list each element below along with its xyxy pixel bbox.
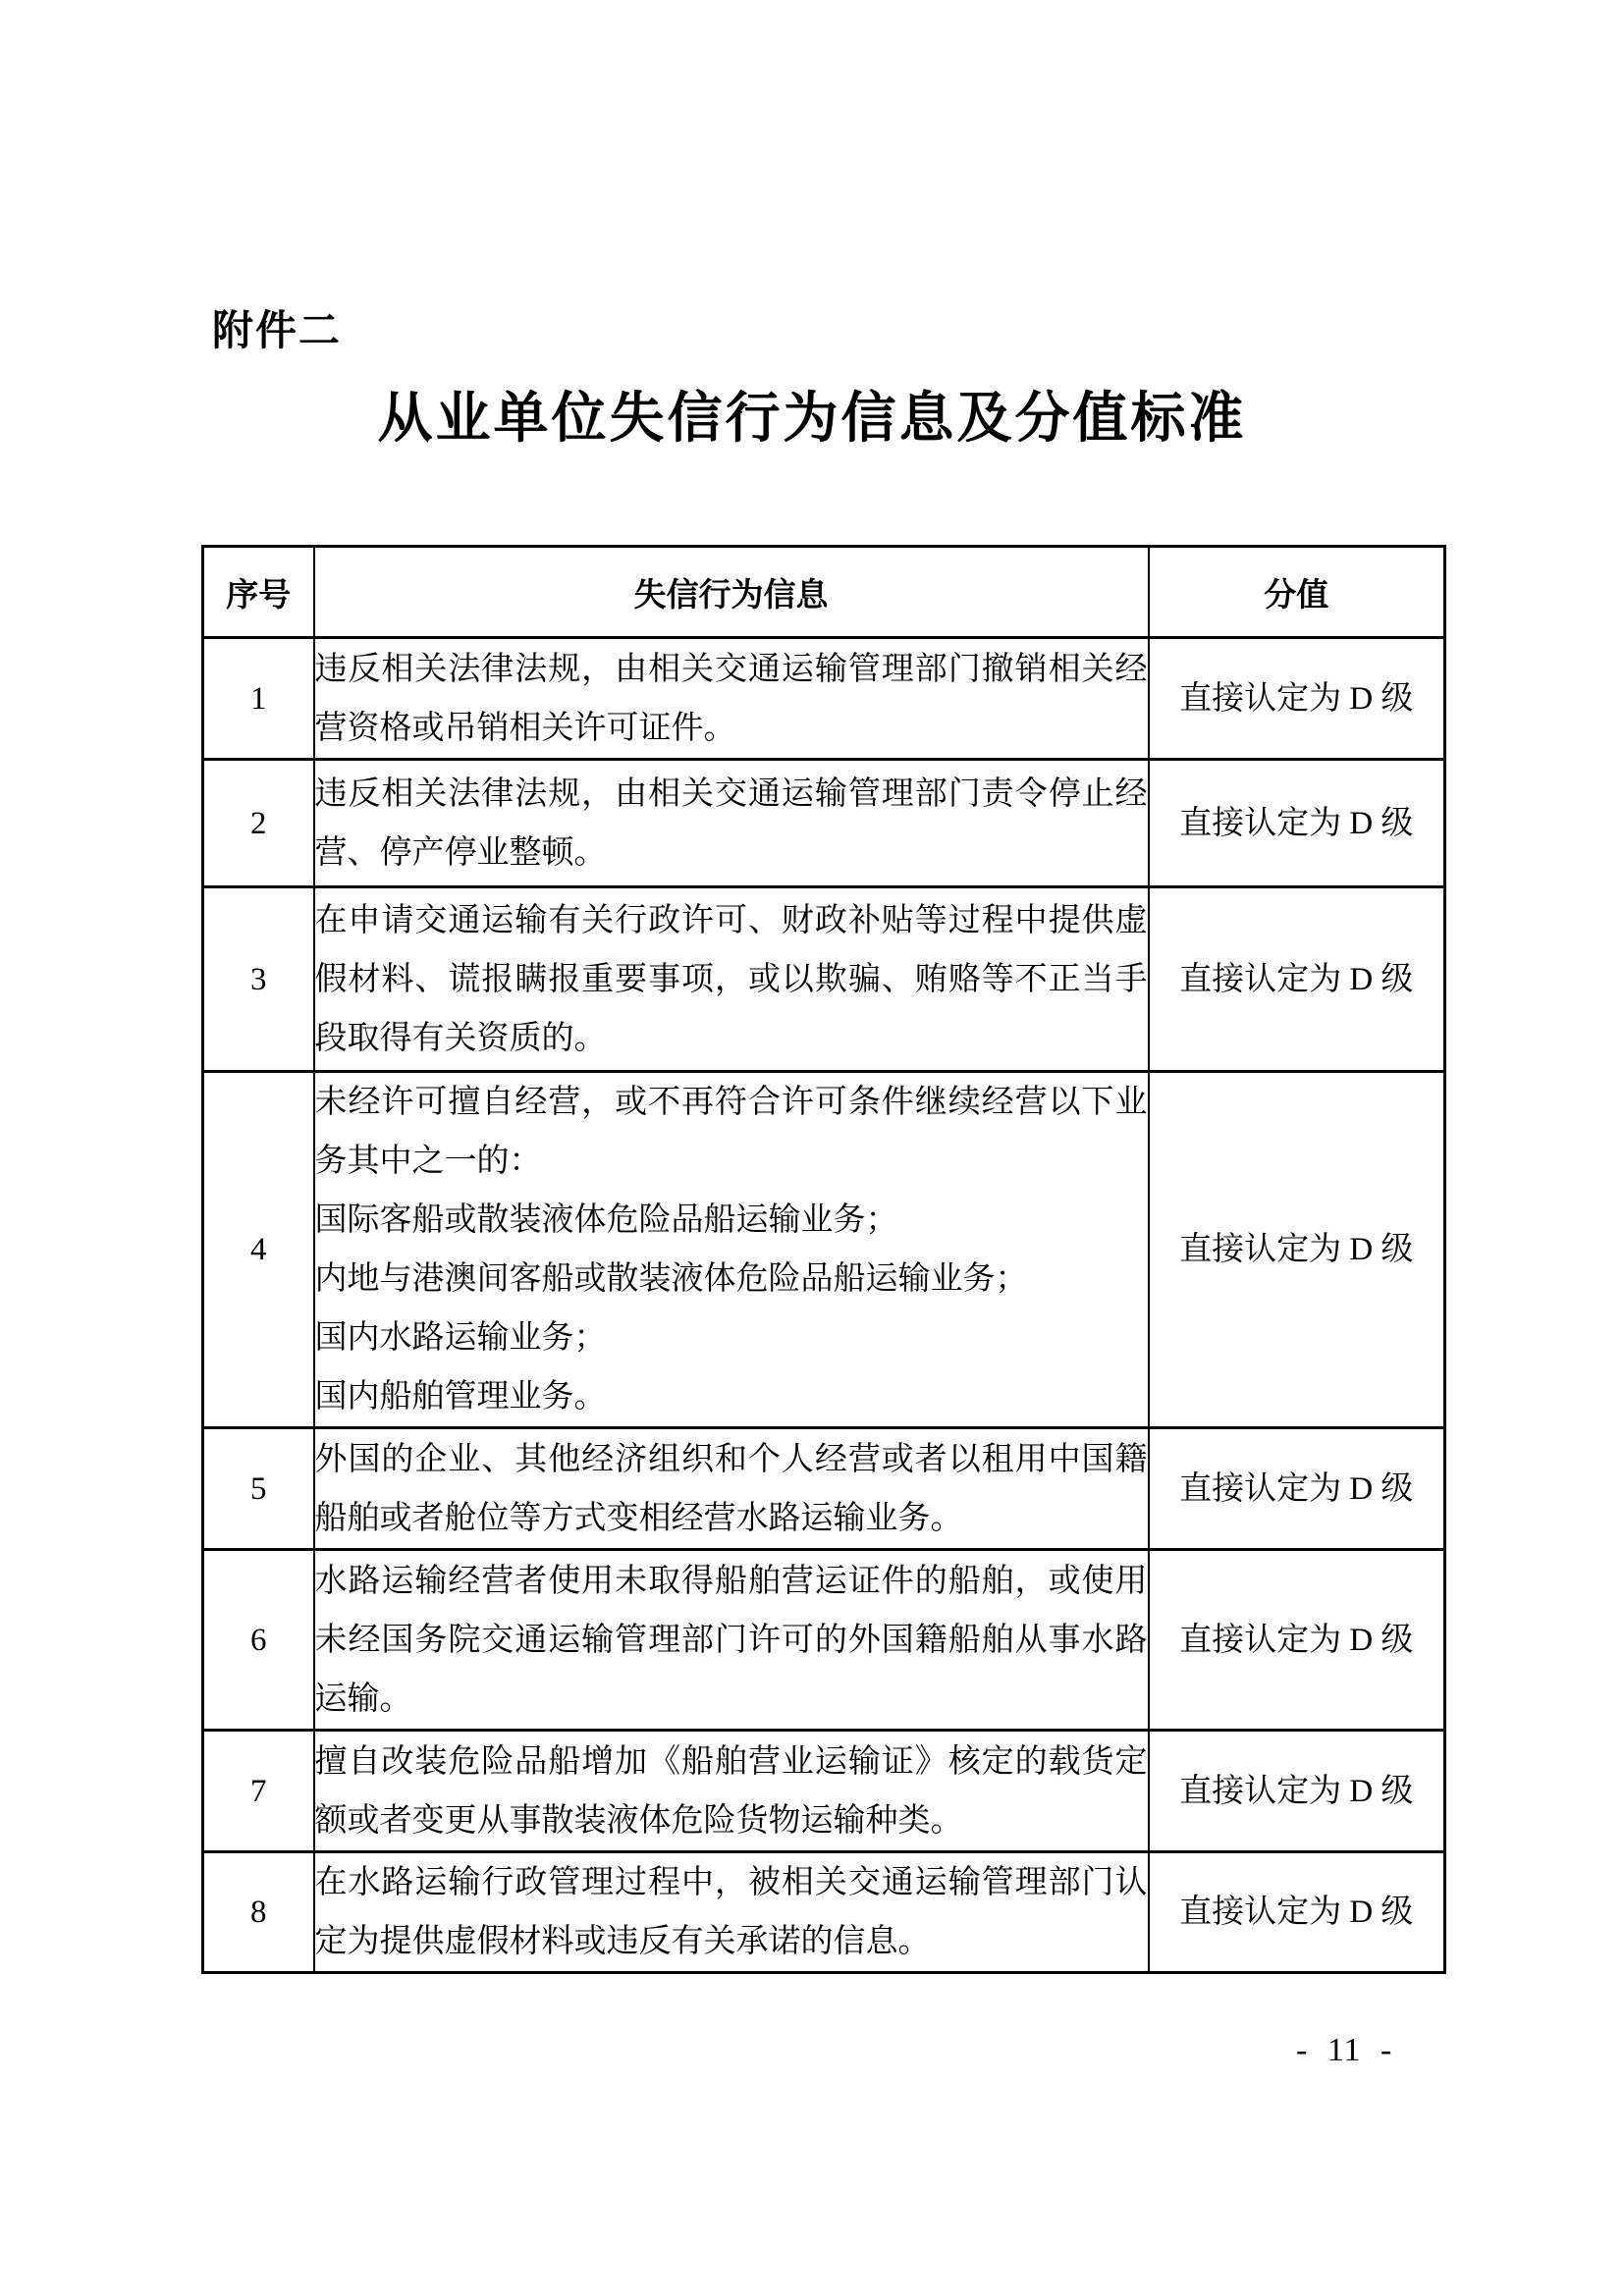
attachment-label: 附件二 [212,308,342,355]
table-body: 1违反相关法律法规，由相关交通运输管理部门撤销相关经营资格或吊销相关许可证件。直… [203,638,1445,1973]
serial-number-cell: 7 [203,1731,314,1852]
header-serial-number: 序号 [203,547,314,638]
behavior-info-cell: 擅自改装危险品船增加《船舶营业运输证》核定的载货定额或者变更从事散装液体危险货物… [314,1731,1149,1852]
page-title: 从业单位失信行为信息及分值标准 [0,387,1624,453]
behavior-info-cell: 在申请交通运输有关行政许可、财政补贴等过程中提供虚假材料、谎报瞒报重要事项，或以… [314,887,1149,1072]
behavior-info-cell: 水路运输经营者使用未取得船舶营运证件的船舶，或使用未经国务院交通运输管理部门许可… [314,1550,1149,1731]
table-header: 序号 失信行为信息 分值 [203,547,1445,638]
score-cell: 直接认定为 D 级 [1149,1072,1445,1428]
table-row: 3在申请交通运输有关行政许可、财政补贴等过程中提供虚假材料、谎报瞒报重要事项，或… [203,887,1445,1072]
score-cell: 直接认定为 D 级 [1149,1731,1445,1852]
table-row: 8在水路运输行政管理过程中，被相关交通运输管理部门认定为提供虚假材料或违反有关承… [203,1852,1445,1973]
discredit-behavior-table: 序号 失信行为信息 分值 1违反相关法律法规，由相关交通运输管理部门撤销相关经营… [201,545,1446,1974]
header-score: 分值 [1149,547,1445,638]
document-page: 附件二 从业单位失信行为信息及分值标准 序号 失信行为信息 分值 1违反相关法律… [0,0,1624,2296]
table-row: 1违反相关法律法规，由相关交通运输管理部门撤销相关经营资格或吊销相关许可证件。直… [203,638,1445,760]
table-row: 6水路运输经营者使用未取得船舶营运证件的船舶，或使用未经国务院交通运输管理部门许… [203,1550,1445,1731]
page-number: - 11 - [1296,2032,1392,2069]
serial-number-cell: 4 [203,1072,314,1428]
table-row: 7擅自改装危险品船增加《船舶营业运输证》核定的载货定额或者变更从事散装液体危险货… [203,1731,1445,1852]
score-cell: 直接认定为 D 级 [1149,1428,1445,1550]
behavior-info-cell: 在水路运输行政管理过程中，被相关交通运输管理部门认定为提供虚假材料或违反有关承诺… [314,1852,1149,1973]
serial-number-cell: 2 [203,760,314,887]
behavior-info-cell: 外国的企业、其他经济组织和个人经营或者以租用中国籍船舶或者舱位等方式变相经营水路… [314,1428,1149,1550]
serial-number-cell: 3 [203,887,314,1072]
score-cell: 直接认定为 D 级 [1149,638,1445,760]
score-cell: 直接认定为 D 级 [1149,1550,1445,1731]
behavior-info-cell: 未经许可擅自经营，或不再符合许可条件继续经营以下业务其中之一的： 国际客船或散装… [314,1072,1149,1428]
behavior-info-cell: 违反相关法律法规，由相关交通运输管理部门责令停止经营、停产停业整顿。 [314,760,1149,887]
table-row: 4未经许可擅自经营，或不再符合许可条件继续经营以下业务其中之一的： 国际客船或散… [203,1072,1445,1428]
score-cell: 直接认定为 D 级 [1149,887,1445,1072]
behavior-info-cell: 违反相关法律法规，由相关交通运输管理部门撤销相关经营资格或吊销相关许可证件。 [314,638,1149,760]
header-row: 序号 失信行为信息 分值 [203,547,1445,638]
score-cell: 直接认定为 D 级 [1149,1852,1445,1973]
table-row: 5外国的企业、其他经济组织和个人经营或者以租用中国籍船舶或者舱位等方式变相经营水… [203,1428,1445,1550]
serial-number-cell: 1 [203,638,314,760]
serial-number-cell: 8 [203,1852,314,1973]
serial-number-cell: 6 [203,1550,314,1731]
serial-number-cell: 5 [203,1428,314,1550]
score-cell: 直接认定为 D 级 [1149,760,1445,887]
header-behavior-info: 失信行为信息 [314,547,1149,638]
table-row: 2违反相关法律法规，由相关交通运输管理部门责令停止经营、停产停业整顿。直接认定为… [203,760,1445,887]
